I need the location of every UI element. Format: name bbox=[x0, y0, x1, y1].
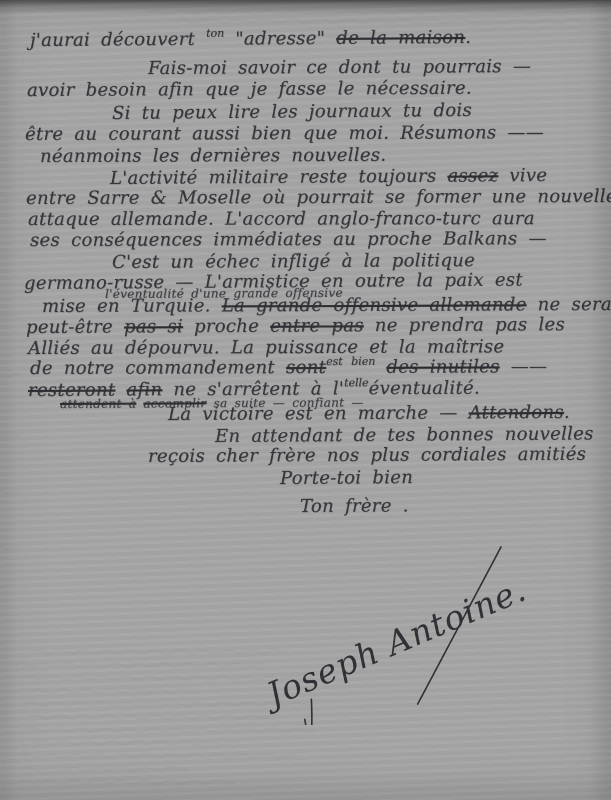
handwriting-text: avoir besoin afin que je fasse le nécess… bbox=[27, 78, 472, 101]
scan-dark-edge bbox=[0, 0, 611, 14]
signature: Joseph Antoine. bbox=[225, 535, 565, 725]
handwriting-text: reçois cher frère nos plus cordiales ami… bbox=[148, 444, 586, 467]
handwriting-text: Si tu peux lire les journaux tu dois bbox=[112, 100, 472, 124]
handwriting-text bbox=[375, 357, 386, 378]
handwriting-line: Fais-moi savoir ce dont tu pourrais — bbox=[148, 56, 531, 79]
handwriting-line: ses conséquences immédiates au proche Ba… bbox=[30, 228, 547, 251]
handwriting-line: néanmoins les dernières nouvelles. bbox=[40, 145, 386, 167]
handwriting-line: attaque allemande. L'accord anglo-franco… bbox=[28, 208, 535, 230]
handwriting-text: peut-être bbox=[26, 316, 124, 338]
handwriting-text: être au courant aussi bien que moi. Résu… bbox=[25, 122, 544, 145]
handwriting-line: L'activité militaire reste toujours asse… bbox=[110, 165, 547, 189]
handwriting-line: être au courant aussi bien que moi. Résu… bbox=[25, 122, 544, 145]
handwriting-text: ne sera bbox=[527, 294, 611, 315]
struck-text: attendent à bbox=[60, 397, 136, 411]
handwriting-text: Fais-moi savoir ce dont tu pourrais — bbox=[148, 56, 531, 79]
signature-text: Joseph Antoine. bbox=[256, 570, 532, 717]
handwriting-text: "adresse" bbox=[224, 28, 336, 50]
handwriting-line: Ton frère . bbox=[300, 495, 409, 517]
handwriting-text: attaque allemande. L'accord anglo-franco… bbox=[28, 208, 535, 230]
handwriting-text: ne prendra pas les bbox=[364, 314, 565, 336]
handwriting-text: L'activité militaire reste toujours bbox=[110, 166, 448, 189]
struck-text: des inutiles bbox=[386, 356, 499, 377]
handwriting-line: peut-être pas si proche entre pas ne pre… bbox=[26, 314, 565, 338]
handwriting-line: reçois cher frère nos plus cordiales ami… bbox=[148, 444, 586, 467]
handwriting-line: de notre commandement sontest bien des i… bbox=[30, 356, 547, 379]
struck-text: Attendons bbox=[469, 402, 564, 423]
handwriting-text: néanmoins les dernières nouvelles. bbox=[40, 145, 386, 167]
handwriting-text: . bbox=[564, 402, 570, 423]
handwriting-line: entre Sarre & Moselle où pourrait se for… bbox=[26, 186, 611, 209]
handwriting-text: j'aurai découvert bbox=[30, 29, 206, 51]
handwriting-text: Porte-toi bien bbox=[280, 467, 413, 489]
struck-text: sont bbox=[286, 357, 326, 378]
struck-text: de la maison bbox=[336, 27, 465, 49]
interline-insertion: ton bbox=[206, 26, 224, 39]
handwriting-text: éventualité. bbox=[369, 378, 480, 400]
handwriting-text: vive bbox=[498, 165, 547, 186]
handwriting-text: de notre commandement bbox=[30, 357, 286, 379]
handwriting-line: avoir besoin afin que je fasse le nécess… bbox=[27, 78, 472, 101]
struck-text: pas si bbox=[124, 316, 183, 337]
handwriting-text: Ton frère . bbox=[300, 495, 409, 517]
handwriting-text: proche bbox=[183, 316, 270, 337]
struck-text: entre pas bbox=[270, 315, 364, 336]
handwriting-line: Porte-toi bien bbox=[280, 467, 413, 489]
struck-text: La grande offensive allemande bbox=[222, 294, 527, 316]
handwriting-text: mise en Turquie. bbox=[42, 295, 222, 317]
handwriting-text: . bbox=[465, 27, 471, 48]
handwriting-line: j'aurai découvert ton "adresse" de la ma… bbox=[30, 27, 471, 51]
interline-insertion: est bien bbox=[326, 355, 375, 368]
struck-text: assez bbox=[447, 165, 498, 186]
letter-page: j'aurai découvert ton "adresse" de la ma… bbox=[0, 0, 611, 800]
handwriting-line: La victoire est en marche — Attendons. bbox=[168, 402, 570, 425]
handwriting-text: —— bbox=[500, 356, 548, 377]
handwriting-text: La victoire est en marche — bbox=[168, 402, 469, 425]
handwriting-text: ses conséquences immédiates au proche Ba… bbox=[30, 228, 547, 251]
handwriting-text: entre Sarre & Moselle où pourrait se for… bbox=[26, 186, 611, 209]
interline-insertion: telle bbox=[344, 376, 369, 389]
handwriting-line: Si tu peux lire les journaux tu dois bbox=[112, 100, 472, 124]
